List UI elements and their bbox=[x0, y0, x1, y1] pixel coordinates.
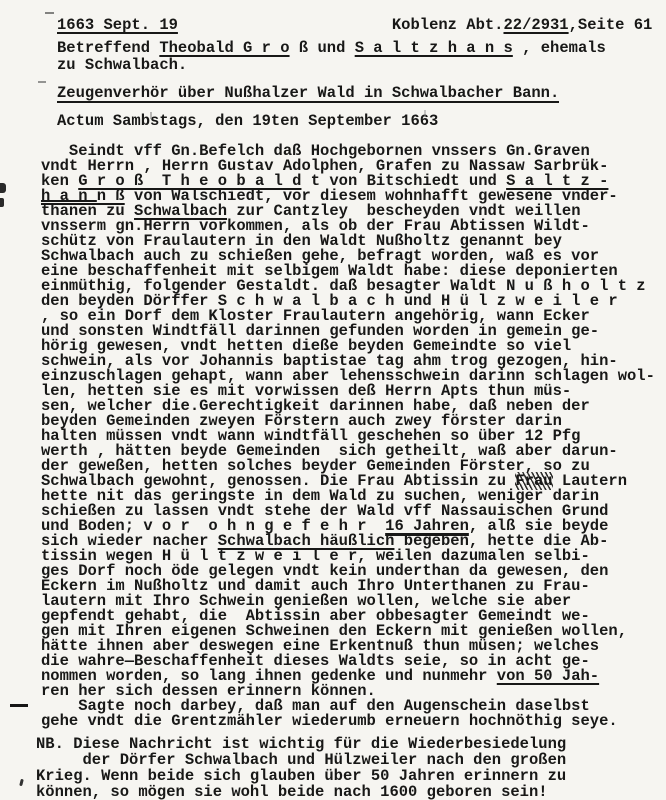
body-paragraph: Seindt vff Gn.Befelch daß Hochgebornen v… bbox=[41, 144, 666, 729]
left-edge-scan-artifact bbox=[0, 198, 4, 207]
text-segment: gehe vndt die Grentzmähler wiederumb ern… bbox=[41, 712, 618, 730]
text-segment: von 50 Jah- bbox=[497, 667, 599, 685]
text-line: gehe vndt die Grentzmähler wiederumb ern… bbox=[41, 714, 666, 729]
text-segment bbox=[178, 16, 392, 34]
doc-date-and-reference: 1663 Sept. 19 Koblenz Abt.22/2931,Seite … bbox=[57, 18, 666, 33]
text-line: Krieg. Wenn beide sich glauben über 50 J… bbox=[36, 768, 666, 784]
text-line: können, so mögen sie wohl beide nach 160… bbox=[36, 784, 666, 800]
doc-subject-line-1: Betreffend Theobald G r o ß und S a l t … bbox=[57, 41, 666, 56]
doc-title: Zeugenverhör über Nußhalzer Wald in Schw… bbox=[57, 86, 666, 101]
doc-subject-line-2: zu Schwalbach. bbox=[57, 58, 666, 73]
text-segment: S a l t z h a n s bbox=[355, 39, 513, 57]
nb-note: NB. Diese Nachricht ist wichtig für die … bbox=[41, 736, 666, 800]
text-segment: Betreffend bbox=[57, 39, 159, 57]
faint-tick-artifact bbox=[424, 110, 426, 117]
typewritten-document: 1663 Sept. 19 Koblenz Abt.22/2931,Seite … bbox=[0, 0, 666, 800]
text-line: der Dörfer Schwalbach und Hülzweiler nac… bbox=[36, 752, 666, 768]
doc-actum-line: Actum Sambstags, den 19ten September 166… bbox=[57, 114, 666, 129]
left-edge-scan-artifact bbox=[0, 183, 6, 193]
text-segment: ß und bbox=[290, 39, 355, 57]
margin-dash-mark bbox=[10, 704, 28, 707]
text-segment: Actum Sambstags, den 19ten September 166… bbox=[57, 112, 438, 130]
text-segment: Zeugenverhör über Nußhalzer Wald in Schw… bbox=[57, 86, 559, 103]
faint-tick-artifact bbox=[150, 112, 152, 119]
text-segment: 22/2931 bbox=[503, 16, 568, 34]
text-segment: Koblenz Abt. bbox=[392, 16, 504, 34]
text-segment: 1663 Sept. 19 bbox=[57, 16, 178, 34]
margin-dash-artifact bbox=[45, 12, 54, 14]
text-segment: Theobald G r o bbox=[159, 39, 289, 57]
text-segment: , ehemals bbox=[513, 39, 606, 57]
text-segment: zu Schwalbach. bbox=[57, 56, 187, 74]
margin-dash-artifact bbox=[38, 81, 46, 83]
text-line: NB. Diese Nachricht ist wichtig für die … bbox=[36, 736, 666, 752]
document-page: 1663 Sept. 19 Koblenz Abt.22/2931,Seite … bbox=[0, 0, 666, 800]
text-segment: ,Seite 61 bbox=[569, 16, 653, 34]
text-segment: können, so mögen sie wohl beide nach 160… bbox=[36, 783, 548, 800]
text-segment: Frau bbox=[515, 472, 552, 490]
